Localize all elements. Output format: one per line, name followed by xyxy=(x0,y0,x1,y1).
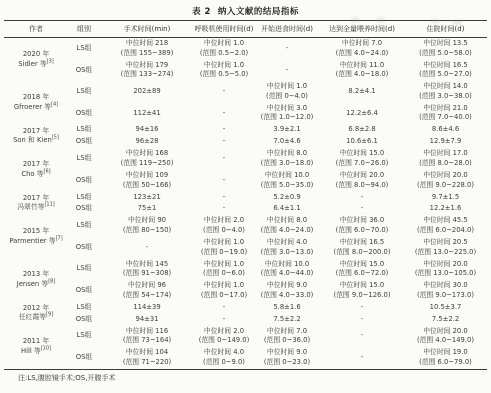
author-text: Cho 等 xyxy=(21,170,43,178)
value-line: - xyxy=(194,109,254,119)
value-cell: 中位时间 1.0(范围 0~4.0) xyxy=(254,81,320,103)
value-cell: 中位时间 90(范围 80~150) xyxy=(100,215,194,237)
reference-superscript: [4] xyxy=(51,101,58,107)
value-cell: 3.9±2.1 xyxy=(254,124,320,136)
value-cell: - xyxy=(320,203,404,215)
author-line: 2017 年 xyxy=(4,160,68,170)
reference-superscript: [8] xyxy=(48,279,55,285)
group-cell: LS组 xyxy=(68,325,100,347)
author-cell: 2017 年Son 和 Kien[5] xyxy=(4,124,68,148)
value-line: 中位时间 104 xyxy=(100,348,194,358)
reference-superscript: [11] xyxy=(44,202,54,208)
value-line: - xyxy=(194,154,254,164)
value-line: (范围 6.0~204.0) xyxy=(404,226,487,236)
author-text: 2015 年 xyxy=(23,227,49,235)
table-row: 2013 年Jensen 等[8]LS组中位时间 145(范围 91~308)中… xyxy=(4,258,487,280)
author-line: Son 和 Kien[5] xyxy=(4,136,68,146)
value-cell: 中位时间 168(范围 119~250) xyxy=(100,148,194,170)
group-cell: OS组 xyxy=(68,313,100,325)
column-header: 住院时间(d) xyxy=(404,21,487,38)
value-cell: 12.2±6.4 xyxy=(320,103,404,125)
value-cell: 中位时间 9.0(范围 4.0~33.0) xyxy=(254,280,320,302)
value-line: - xyxy=(320,315,404,325)
value-line: 中位时间 96 xyxy=(100,281,194,291)
value-line: (范围 0~4.0) xyxy=(194,226,254,236)
value-cell: 中位时间 96(范围 54~174) xyxy=(100,280,194,302)
value-line: (范围 9.0~173.0) xyxy=(404,291,487,301)
group-cell: LS组 xyxy=(68,38,100,60)
value-line: 中位时间 15.0 xyxy=(320,149,404,159)
value-cell: 7.5±2.2 xyxy=(404,313,487,325)
page: 表 2 纳入文献的结局指标 作者组别手术时间(min)呼吸机使用时间(d)开始进… xyxy=(0,0,491,383)
group-cell: LS组 xyxy=(68,191,100,203)
value-cell: 中位时间 179(范围 133~274) xyxy=(100,60,194,82)
value-line: 6.8±2.8 xyxy=(320,125,404,135)
value-line: (范围 0.5~5.0) xyxy=(194,70,254,80)
value-cell: - xyxy=(194,313,254,325)
author-text: Son 和 Kien xyxy=(13,136,52,144)
value-cell: 123±21 xyxy=(100,191,194,203)
value-line: 3.9±2.1 xyxy=(254,125,320,135)
author-cell: 2017 年Cho 等[6] xyxy=(4,148,68,191)
value-line: (范围 71~220) xyxy=(100,358,194,368)
value-line: 中位时间 109 xyxy=(100,171,194,181)
reference-superscript: [9] xyxy=(46,312,53,318)
column-header: 达到全量喂养时间(d) xyxy=(320,21,404,38)
value-line: 中位时间 1.0 xyxy=(254,82,320,92)
value-line: (范围 5.0~27.0) xyxy=(404,70,487,80)
value-line: 75±1 xyxy=(100,204,194,214)
value-cell: 中位时间 13.5(范围 5.0~58.0) xyxy=(404,38,487,60)
value-line: 8.6±4.6 xyxy=(404,125,487,135)
table-footnote: 注:LS,腹腔镜手术;OS,开腹手术 xyxy=(4,370,487,383)
value-line: (范围 4.0~18.0) xyxy=(320,70,404,80)
value-cell: 12.9±7.9 xyxy=(404,136,487,148)
value-line: 8.2±4.1 xyxy=(320,87,404,97)
value-line: - xyxy=(194,87,254,97)
value-cell: 中位时间 20.5(范围 13.0~225.0) xyxy=(404,237,487,259)
value-cell: - xyxy=(194,103,254,125)
value-line: - xyxy=(194,193,254,203)
value-line: (范围 13.0~105.0) xyxy=(404,269,487,279)
value-cell: 8.2±4.1 xyxy=(320,81,404,103)
value-cell: - xyxy=(320,302,404,314)
value-cell: - xyxy=(254,60,320,82)
value-cell: - xyxy=(320,347,404,369)
value-line: (范围 0~17.0) xyxy=(194,291,254,301)
value-line: 中位时间 116 xyxy=(100,327,194,337)
value-cell: 中位时间 15.0(范围 9.0~126.0) xyxy=(320,280,404,302)
reference-superscript: [6] xyxy=(44,168,51,174)
value-line: 96±28 xyxy=(100,137,194,147)
table-row: 2020 年Sidler 等[3]LS组中位时间 218(范围 155~389)… xyxy=(4,38,487,60)
value-line: - xyxy=(254,66,320,76)
value-line: (范围 3.0~18.0) xyxy=(254,159,320,169)
value-cell: 中位时间 21.0(范围 7.0~40.0) xyxy=(404,103,487,125)
value-cell: 中位时间 15.0(范围 6.0~72.0) xyxy=(320,258,404,280)
value-line: 中位时间 20.0 xyxy=(404,171,487,181)
value-line: 中位时间 2.0 xyxy=(194,216,254,226)
group-cell: LS组 xyxy=(68,124,100,136)
table-row: OS组75±1-6.4±1.1-12.2±1.6 xyxy=(4,203,487,215)
value-cell: 12.2±1.6 xyxy=(404,203,487,215)
value-cell: 中位时间 15.0(范围 7.0~26.0) xyxy=(320,148,404,170)
value-cell: 202±89 xyxy=(100,81,194,103)
value-line: 中位时间 36.0 xyxy=(320,216,404,226)
author-text: 2012 年 xyxy=(23,304,49,312)
value-cell: 中位时间 36.0(范围 6.0~70.0) xyxy=(320,215,404,237)
value-cell: 中位时间 1.0(范围 0.5~2.0) xyxy=(194,38,254,60)
value-line: 中位时间 168 xyxy=(100,149,194,159)
value-cell: 中位时间 1.0(范围 0~19.0) xyxy=(194,237,254,259)
value-cell: 10.6±6.1 xyxy=(320,136,404,148)
value-cell: 5.2±0.9 xyxy=(254,191,320,203)
group-cell: LS组 xyxy=(68,148,100,170)
value-line: (范围 155~389) xyxy=(100,49,194,59)
value-line: 94±31 xyxy=(100,315,194,325)
value-cell: - xyxy=(320,191,404,203)
value-cell: 中位时间 4.0(范围 3.0~13.0) xyxy=(254,237,320,259)
outcomes-table: 作者组别手术时间(min)呼吸机使用时间(d)开始进食时间(d)达到全量喂养时间… xyxy=(4,20,487,370)
value-line: 中位时间 14.0 xyxy=(404,82,487,92)
group-cell: OS组 xyxy=(68,237,100,259)
value-cell: 中位时间 10.0(范围 5.0~35.0) xyxy=(254,170,320,192)
author-text: Jensen 等 xyxy=(17,280,48,288)
table-row: OS组-中位时间 1.0(范围 0~19.0)中位时间 4.0(范围 3.0~1… xyxy=(4,237,487,259)
value-line: (范围 13.0~225.0) xyxy=(404,248,487,258)
value-line: - xyxy=(194,137,254,147)
author-text: 2017 年 xyxy=(23,127,49,135)
value-line: (范围 0~9.0) xyxy=(194,358,254,368)
author-text: 任红霞等 xyxy=(19,313,46,321)
value-line: 中位时间 7.0 xyxy=(254,327,320,337)
value-line: 12.9±7.9 xyxy=(404,137,487,147)
value-cell: 75±1 xyxy=(100,203,194,215)
value-line: 中位时间 20.0 xyxy=(404,327,487,337)
value-cell: - xyxy=(194,136,254,148)
value-line: 中位时间 8.0 xyxy=(254,216,320,226)
value-line: (范围 3.0~13.0) xyxy=(254,248,320,258)
value-line: 中位时间 1.0 xyxy=(194,39,254,49)
value-line: (范围 8.0~28.0) xyxy=(404,159,487,169)
value-cell: - xyxy=(194,124,254,136)
author-text: 2013 年 xyxy=(23,270,49,278)
value-line: 5.8±1.6 xyxy=(254,303,320,313)
author-line: Cho 等[6] xyxy=(4,170,68,180)
value-line: (范围 8.0~94.0) xyxy=(320,181,404,191)
value-line: (范围 54~174) xyxy=(100,291,194,301)
value-cell: 114±39 xyxy=(100,302,194,314)
value-cell: 中位时间 9.0(范围 0~23.0) xyxy=(254,347,320,369)
group-cell: LS组 xyxy=(68,81,100,103)
value-line: 中位时间 145 xyxy=(100,260,194,270)
value-cell: 中位时间 11.0(范围 4.0~18.0) xyxy=(320,60,404,82)
value-cell: 7.0±4.6 xyxy=(254,136,320,148)
value-line: (范围 0~4.0) xyxy=(254,92,320,102)
value-line: 7.5±2.2 xyxy=(254,315,320,325)
author-cell: 2018 年Gfroerer 等[4] xyxy=(4,81,68,124)
value-line: 5.2±0.9 xyxy=(254,193,320,203)
value-line: (范围 0~149.0) xyxy=(194,336,254,346)
author-line: Gfroerer 等[4] xyxy=(4,103,68,113)
author-line: Sidler 等[3] xyxy=(4,60,68,70)
value-cell: - xyxy=(254,38,320,60)
group-cell: OS组 xyxy=(68,347,100,369)
table-row: 2017 年Son 和 Kien[5]LS组94±16-3.9±2.16.8±2… xyxy=(4,124,487,136)
value-line: 中位时间 20.0 xyxy=(404,260,487,270)
value-cell: 中位时间 7.0(范围 0~36.0) xyxy=(254,325,320,347)
author-text: Parmentier 等 xyxy=(9,237,55,245)
group-cell: OS组 xyxy=(68,136,100,148)
value-line: 12.2±1.6 xyxy=(404,204,487,214)
table-row: OS组中位时间 96(范围 54~174)中位时间 1.0(范围 0~17.0)… xyxy=(4,280,487,302)
table-row: 2017 年冯翠竹等[11]LS组123±21-5.2±0.9-9.7±1.5 xyxy=(4,191,487,203)
author-cell: 2012 年任红霞等[9] xyxy=(4,302,68,326)
value-line: 中位时间 1.0 xyxy=(194,61,254,71)
value-line: (范围 4.0~149.0) xyxy=(404,336,487,346)
value-line: 中位时间 1.0 xyxy=(194,238,254,248)
value-line: - xyxy=(194,303,254,313)
value-line: (范围 4.0~24.0) xyxy=(320,49,404,59)
column-header: 组别 xyxy=(68,21,100,38)
value-line: (范围 4.0~33.0) xyxy=(254,291,320,301)
value-cell: 中位时间 30.0(范围 9.0~173.0) xyxy=(404,280,487,302)
value-cell: 94±16 xyxy=(100,124,194,136)
table-row: 2018 年Gfroerer 等[4]LS组202±89-中位时间 1.0(范围… xyxy=(4,81,487,103)
column-header: 呼吸机使用时间(d) xyxy=(194,21,254,38)
value-line: 10.5±3.7 xyxy=(404,303,487,313)
value-line: 中位时间 1.0 xyxy=(194,260,254,270)
value-line: 中位时间 9.0 xyxy=(254,281,320,291)
value-line: 中位时间 13.5 xyxy=(404,39,487,49)
value-line: 中位时间 7.0 xyxy=(320,39,404,49)
value-cell: 中位时间 116(范围 73~164) xyxy=(100,325,194,347)
value-line: - xyxy=(320,353,404,363)
author-text: 2020 年 xyxy=(23,50,49,58)
author-line: 冯翠竹等[11] xyxy=(4,203,68,213)
value-cell: - xyxy=(194,191,254,203)
value-line: (范围 1.0~12.0) xyxy=(254,113,320,123)
value-line: 123±21 xyxy=(100,193,194,203)
value-line: 中位时间 8.0 xyxy=(254,149,320,159)
value-cell: 中位时间 104(范围 71~220) xyxy=(100,347,194,369)
value-cell: - xyxy=(194,203,254,215)
value-cell: 中位时间 14.0(范围 3.0~38.0) xyxy=(404,81,487,103)
value-line: 中位时间 1.0 xyxy=(194,281,254,291)
value-line: 中位时间 15.0 xyxy=(320,260,404,270)
author-line: 2018 年 xyxy=(4,93,68,103)
value-cell: - xyxy=(194,148,254,170)
value-cell: 中位时间 109(范围 50~166) xyxy=(100,170,194,192)
author-line: Hill 等[10] xyxy=(4,347,68,357)
value-line: (范围 3.0~38.0) xyxy=(404,92,487,102)
value-line: (范围 6.0~70.0) xyxy=(320,226,404,236)
table-row: OS组94±31-7.5±2.2-7.5±2.2 xyxy=(4,313,487,325)
value-cell: 中位时间 20.0(范围 13.0~105.0) xyxy=(404,258,487,280)
value-line: (范围 4.0~44.0) xyxy=(254,269,320,279)
column-header: 作者 xyxy=(4,21,68,38)
value-cell: 中位时间 10.0(范围 4.0~44.0) xyxy=(254,258,320,280)
column-header: 手术时间(min) xyxy=(100,21,194,38)
value-line: 中位时间 4.0 xyxy=(254,238,320,248)
value-cell: 中位时间 8.0(范围 3.0~18.0) xyxy=(254,148,320,170)
value-cell: 6.8±2.8 xyxy=(320,124,404,136)
reference-superscript: [5] xyxy=(52,135,59,141)
table-row: 2015 年Parmentier 等[7]LS组中位时间 90(范围 80~15… xyxy=(4,215,487,237)
column-header: 开始进食时间(d) xyxy=(254,21,320,38)
value-line: 9.7±1.5 xyxy=(404,193,487,203)
author-text: Hill 等 xyxy=(21,347,41,355)
value-line: - xyxy=(320,331,404,341)
value-line: 112±41 xyxy=(100,109,194,119)
value-cell: 中位时间 20.0(范围 8.0~94.0) xyxy=(320,170,404,192)
value-line: 114±39 xyxy=(100,303,194,313)
table-row: OS组中位时间 109(范围 50~166)-中位时间 10.0(范围 5.0~… xyxy=(4,170,487,192)
author-cell: 2013 年Jensen 等[8] xyxy=(4,258,68,301)
value-cell: - xyxy=(320,313,404,325)
author-line: 2013 年 xyxy=(4,270,68,280)
value-cell: - xyxy=(194,170,254,192)
value-line: (范围 9.0~126.0) xyxy=(320,291,404,301)
reference-superscript: [10] xyxy=(41,346,51,352)
author-line: Jensen 等[8] xyxy=(4,280,68,290)
author-cell: 2017 年冯翠竹等[11] xyxy=(4,191,68,215)
value-line: (范围 5.0~58.0) xyxy=(404,49,487,59)
value-line: 中位时间 19.0 xyxy=(404,348,487,358)
value-line: 12.2±6.4 xyxy=(320,109,404,119)
group-cell: LS组 xyxy=(68,258,100,280)
value-line: (范围 0.5~2.0) xyxy=(194,49,254,59)
value-line: 中位时间 9.0 xyxy=(254,348,320,358)
author-text: 2017 年 xyxy=(23,194,49,202)
author-cell: 2011 年Hill 等[10] xyxy=(4,325,68,369)
author-line: 2017 年 xyxy=(4,194,68,204)
value-line: (范围 6.0~72.0) xyxy=(320,269,404,279)
value-cell: 中位时间 145(范围 91~308) xyxy=(100,258,194,280)
value-line: 中位时间 11.0 xyxy=(320,61,404,71)
table-row: OS组112±41-中位时间 3.0(范围 1.0~12.0)12.2±6.4中… xyxy=(4,103,487,125)
table-row: 2012 年任红霞等[9]LS组114±39-5.8±1.6-10.5±3.7 xyxy=(4,302,487,314)
table-row: 2017 年Cho 等[6]LS组中位时间 168(范围 119~250)-中位… xyxy=(4,148,487,170)
value-cell: 中位时间 1.0(范围 0.5~5.0) xyxy=(194,60,254,82)
group-cell: OS组 xyxy=(68,280,100,302)
value-cell: 中位时间 45.5(范围 6.0~204.0) xyxy=(404,215,487,237)
value-line: (范围 9.0~228.0) xyxy=(404,181,487,191)
value-cell: 112±41 xyxy=(100,103,194,125)
value-cell: 7.5±2.2 xyxy=(254,313,320,325)
value-line: 中位时间 15.0 xyxy=(320,281,404,291)
value-line: (范围 0~19.0) xyxy=(194,248,254,258)
value-cell: 中位时间 8.0(范围 4.0~24.0) xyxy=(254,215,320,237)
value-cell: 中位时间 7.0(范围 4.0~24.0) xyxy=(320,38,404,60)
group-cell: OS组 xyxy=(68,103,100,125)
value-cell: 中位时间 2.0(范围 0~4.0) xyxy=(194,215,254,237)
value-line: (范围 5.0~35.0) xyxy=(254,181,320,191)
value-line: 7.0±4.6 xyxy=(254,137,320,147)
value-line: (范围 7.0~40.0) xyxy=(404,113,487,123)
reference-superscript: [3] xyxy=(47,58,54,64)
value-line: 10.6±6.1 xyxy=(320,137,404,147)
author-cell: 2020 年Sidler 等[3] xyxy=(4,38,68,82)
table-title: 表 2 纳入文献的结局指标 xyxy=(4,3,487,20)
value-cell: 中位时间 17.0(范围 8.0~28.0) xyxy=(404,148,487,170)
table-header-row: 作者组别手术时间(min)呼吸机使用时间(d)开始进食时间(d)达到全量喂养时间… xyxy=(4,21,487,38)
value-line: (范围 50~166) xyxy=(100,181,194,191)
value-cell: 96±28 xyxy=(100,136,194,148)
value-cell: - xyxy=(194,81,254,103)
group-cell: LS组 xyxy=(68,215,100,237)
value-line: 中位时间 20.5 xyxy=(404,238,487,248)
value-line: (范围 8.0~200.0) xyxy=(320,248,404,258)
value-line: 中位时间 45.5 xyxy=(404,216,487,226)
value-cell: 中位时间 2.0(范围 0~149.0) xyxy=(194,325,254,347)
value-cell: 8.6±4.6 xyxy=(404,124,487,136)
value-cell: 中位时间 20.0(范围 4.0~149.0) xyxy=(404,325,487,347)
value-line: 7.5±2.2 xyxy=(404,315,487,325)
table-row: OS组中位时间 179(范围 133~274)中位时间 1.0(范围 0.5~5… xyxy=(4,60,487,82)
value-line: (范围 0~6.0) xyxy=(194,269,254,279)
value-cell: 中位时间 19.0(范围 6.0~79.0) xyxy=(404,347,487,369)
value-line: 94±16 xyxy=(100,125,194,135)
value-line: (范围 0~36.0) xyxy=(254,336,320,346)
value-cell: 中位时间 20.0(范围 9.0~228.0) xyxy=(404,170,487,192)
value-line: (范围 133~274) xyxy=(100,70,194,80)
author-line: 2011 年 xyxy=(4,337,68,347)
value-line: 中位时间 179 xyxy=(100,61,194,71)
value-line: - xyxy=(254,44,320,54)
value-cell: 中位时间 1.0(范围 0~6.0) xyxy=(194,258,254,280)
reference-superscript: [7] xyxy=(56,236,63,242)
value-cell: 中位时间 16.5(范围 5.0~27.0) xyxy=(404,60,487,82)
author-line: 任红霞等[9] xyxy=(4,313,68,323)
value-cell: 中位时间 218(范围 155~389) xyxy=(100,38,194,60)
group-cell: OS组 xyxy=(68,60,100,82)
author-text: 冯翠竹等 xyxy=(17,203,44,211)
value-cell: 10.5±3.7 xyxy=(404,302,487,314)
value-line: - xyxy=(320,303,404,313)
value-line: 中位时间 4.0 xyxy=(194,348,254,358)
author-text: Sidler 等 xyxy=(18,60,46,68)
value-cell: - xyxy=(100,237,194,259)
value-line: 中位时间 16.5 xyxy=(320,238,404,248)
group-cell: OS组 xyxy=(68,203,100,215)
value-cell: 中位时间 4.0(范围 0~9.0) xyxy=(194,347,254,369)
value-line: - xyxy=(100,243,194,253)
value-line: 中位时间 10.0 xyxy=(254,260,320,270)
value-line: (范围 4.0~24.0) xyxy=(254,226,320,236)
value-line: 中位时间 20.0 xyxy=(320,171,404,181)
value-line: - xyxy=(194,315,254,325)
author-text: 2011 年 xyxy=(23,337,49,345)
value-line: 6.4±1.1 xyxy=(254,204,320,214)
value-cell: 94±31 xyxy=(100,313,194,325)
value-line: - xyxy=(194,176,254,186)
value-cell: 5.8±1.6 xyxy=(254,302,320,314)
value-cell: 中位时间 16.5(范围 8.0~200.0) xyxy=(320,237,404,259)
value-line: 中位时间 10.0 xyxy=(254,171,320,181)
group-cell: LS组 xyxy=(68,302,100,314)
value-line: 中位时间 90 xyxy=(100,216,194,226)
value-line: (范围 7.0~26.0) xyxy=(320,159,404,169)
value-line: 中位时间 17.0 xyxy=(404,149,487,159)
value-line: (范围 73~164) xyxy=(100,336,194,346)
value-line: 中位时间 16.5 xyxy=(404,61,487,71)
value-line: - xyxy=(194,204,254,214)
author-text: Gfroerer 等 xyxy=(14,103,51,111)
group-cell: OS组 xyxy=(68,170,100,192)
value-line: (范围 119~250) xyxy=(100,159,194,169)
value-line: (范围 91~308) xyxy=(100,269,194,279)
